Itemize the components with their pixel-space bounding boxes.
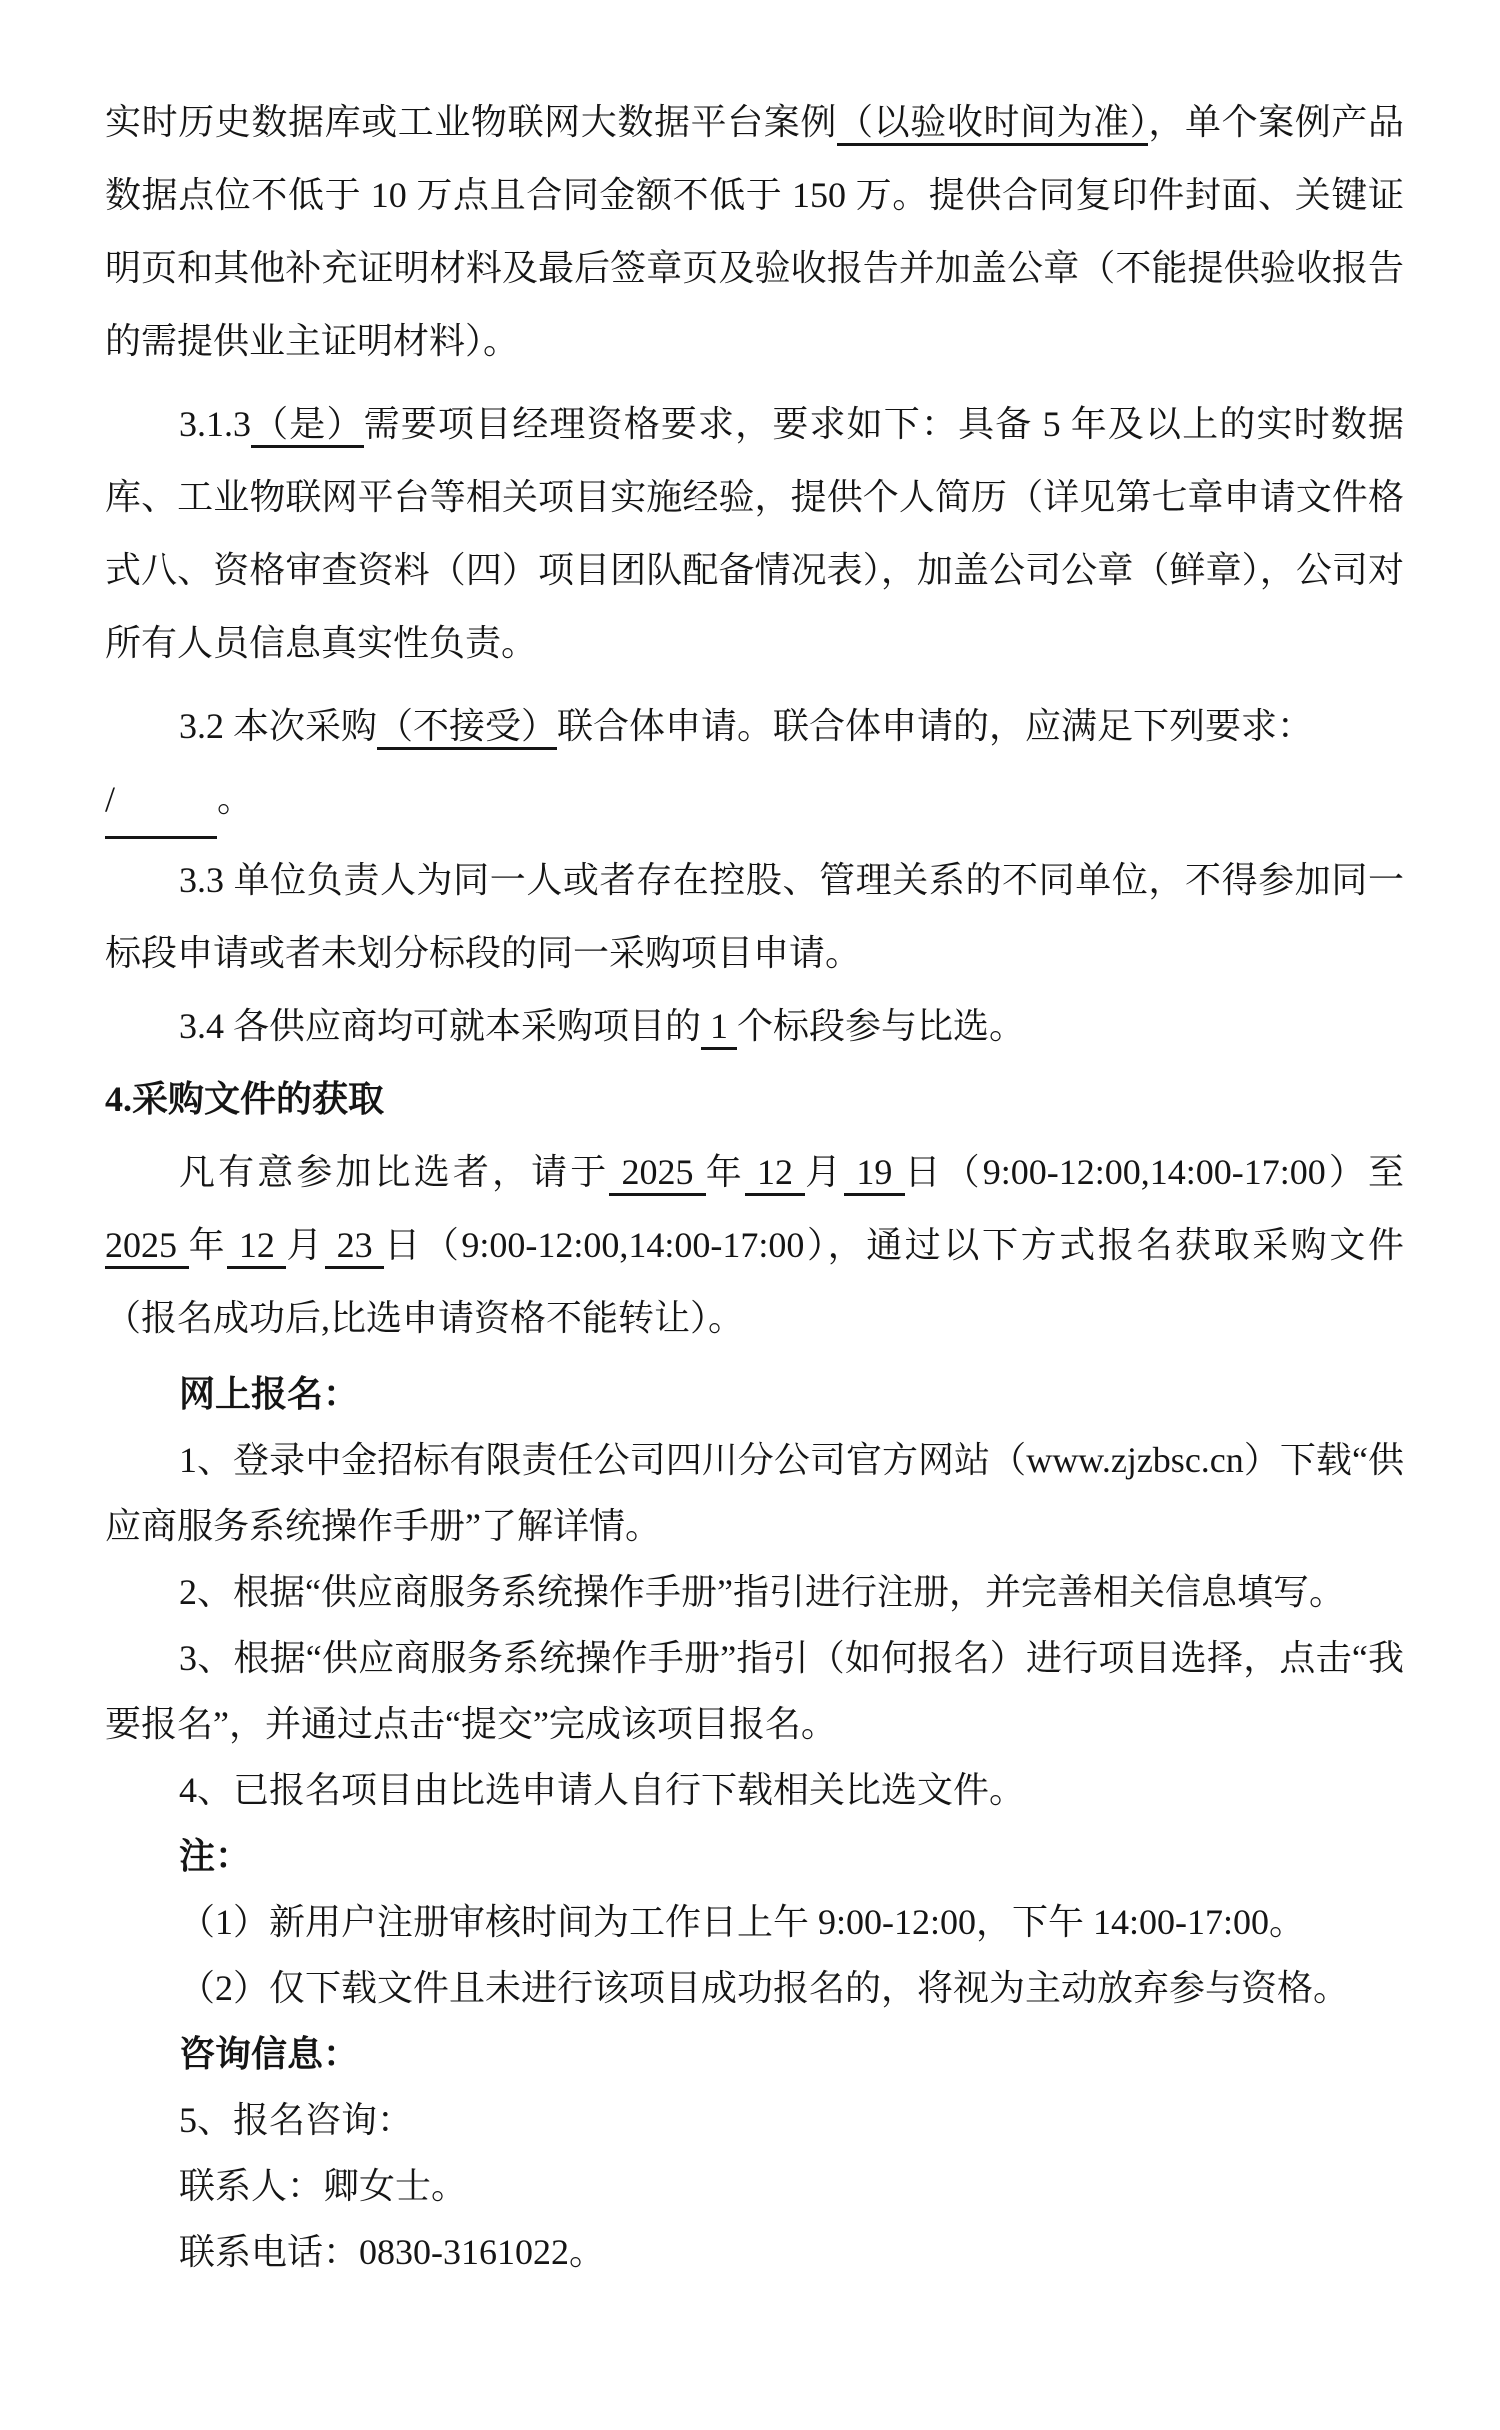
list-item-1-login-website: 1、登录中金招标有限责任公司四川分公司官方网站（www.zjzbsc.cn）下载…	[105, 1427, 1404, 1559]
paragraph-blank-fill-line: /。	[105, 763, 1404, 839]
text-segment: 3、根据“供应商服务系统操作手册”指引（如何报名）进行项目选择，点击“我要报名”…	[105, 1638, 1404, 1744]
text-segment: 5、报名咨询：	[179, 2100, 413, 2140]
text-segment: 3.4 各供应商均可就本采购项目的	[179, 1006, 701, 1046]
paragraph-contact-phone: 联系电话：0830-3161022。	[105, 2219, 1404, 2285]
paragraph-3-3-same-legal-person: 3.3 单位负责人为同一人或者存在控股、管理关系的不同单位，不得参加同一标段申请…	[105, 844, 1404, 990]
underlined-field-start-day: 19	[844, 1152, 904, 1196]
text-segment: 月	[805, 1152, 844, 1192]
text-segment: 个标段参与比选。	[737, 1006, 1025, 1046]
list-item-4-download-files: 4、已报名项目由比选申请人自行下载相关比选文件。	[105, 1757, 1404, 1823]
heading-online-registration: 网上报名：	[105, 1361, 1404, 1427]
paragraph-contact-person: 联系人：卿女士。	[105, 2153, 1404, 2219]
paragraph-3-1-3-project-manager: 3.1.3（是）需要项目经理资格要求，要求如下：具备 5 年及以上的实时数据库、…	[105, 388, 1404, 680]
text-segment: 4、已报名项目由比选申请人自行下载相关比选文件。	[179, 1770, 1025, 1810]
text-segment: 年	[706, 1152, 745, 1192]
underlined-field-not-accept: （不接受）	[377, 706, 557, 750]
paragraph-registration-period: 凡有意参加比选者，请于 2025 年 12 月 19 日（9:00-12:00,…	[105, 1136, 1404, 1355]
underlined-field-start-month: 12	[745, 1152, 805, 1196]
paragraph-3-2-consortium: 3.2 本次采购（不接受）联合体申请。联合体申请的，应满足下列要求：	[105, 690, 1404, 763]
heading-text: 咨询信息：	[179, 2034, 359, 2074]
list-item-3-select-project: 3、根据“供应商服务系统操作手册”指引（如何报名）进行项目选择，点击“我要报名”…	[105, 1625, 1404, 1757]
text-segment: 日（9:00-12:00,14:00-17:00）至	[905, 1152, 1405, 1192]
heading-text: 4.采购文件的获取	[105, 1079, 384, 1119]
text-segment: 年	[189, 1225, 228, 1265]
blank-fill-field: /	[105, 763, 217, 839]
text-segment: 月	[286, 1225, 325, 1265]
text-segment: 3.2 本次采购	[179, 706, 377, 746]
text-segment: 3.3 单位负责人为同一人或者存在控股、管理关系的不同单位，不得参加同一标段申请…	[105, 860, 1404, 973]
underlined-field-end-year: 2025	[105, 1225, 189, 1269]
text-segment: 3.1.3	[179, 404, 251, 444]
text-segment: 。	[217, 779, 253, 819]
paragraph-5-registration-consult: 5、报名咨询：	[105, 2087, 1404, 2153]
text-segment: 实时历史数据库或工业物联网大数据平台案例	[105, 102, 837, 142]
paragraph-case-requirements: 实时历史数据库或工业物联网大数据平台案例（以验收时间为准），单个案例产品数据点位…	[105, 86, 1404, 378]
heading-text: 网上报名：	[179, 1374, 359, 1414]
underlined-field-start-year: 2025	[609, 1152, 705, 1196]
text-segment: 凡有意参加比选者，请于	[179, 1152, 609, 1192]
heading-4-document-acquisition: 4.采购文件的获取	[105, 1063, 1404, 1136]
text-segment: 联合体申请。联合体申请的，应满足下列要求：	[557, 706, 1313, 746]
text-segment: 2、根据“供应商服务系统操作手册”指引进行注册，并完善相关信息填写。	[179, 1572, 1345, 1612]
paragraph-3-4-bid-sections: 3.4 各供应商均可就本采购项目的 1 个标段参与比选。	[105, 990, 1404, 1063]
list-item-2-register: 2、根据“供应商服务系统操作手册”指引进行注册，并完善相关信息填写。	[105, 1559, 1404, 1625]
heading-text: 注：	[179, 1836, 251, 1876]
underlined-field-section-count: 1	[701, 1006, 737, 1050]
text-segment: （1）新用户注册审核时间为工作日上午 9:00-12:00，下午 14:00-1…	[179, 1902, 1305, 1942]
underlined-field-yes: （是）	[251, 404, 364, 448]
underlined-field-end-month: 12	[227, 1225, 286, 1269]
underlined-field-end-day: 23	[325, 1225, 384, 1269]
heading-note: 注：	[105, 1823, 1404, 1889]
note-item-2-waiver: （2）仅下载文件且未进行该项目成功报名的，将视为主动放弃参与资格。	[105, 1955, 1404, 2021]
document-page: 实时历史数据库或工业物联网大数据平台案例（以验收时间为准），单个案例产品数据点位…	[0, 0, 1500, 2430]
underlined-field-acceptance-time: （以验收时间为准）	[837, 102, 1148, 146]
text-segment: （2）仅下载文件且未进行该项目成功报名的，将视为主动放弃参与资格。	[179, 1968, 1349, 2008]
note-item-1-review-time: （1）新用户注册审核时间为工作日上午 9:00-12:00，下午 14:00-1…	[105, 1889, 1404, 1955]
text-segment: 联系电话：0830-3161022。	[179, 2232, 605, 2272]
text-segment: 1、登录中金招标有限责任公司四川分公司官方网站（www.zjzbsc.cn）下载…	[105, 1440, 1404, 1546]
heading-consult-info: 咨询信息：	[105, 2021, 1404, 2087]
text-segment: 联系人：卿女士。	[179, 2166, 467, 2206]
